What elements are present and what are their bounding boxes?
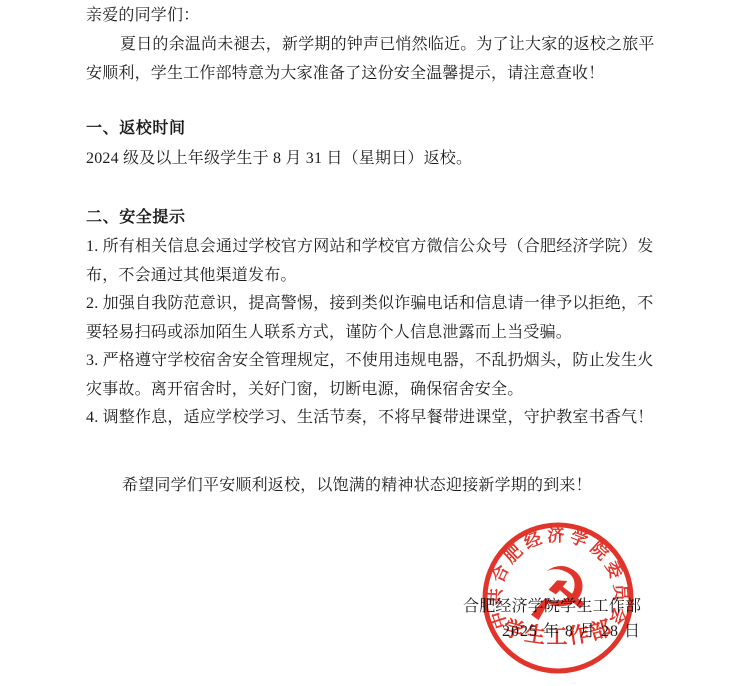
safety-item-2-line-2: 要轻易扫码或添加陌生人联系方式，谨防个人信息泄露而上当受骗。 [86, 323, 572, 343]
official-seal: 中共合肥经济学院委员会 ☭ 学生工作部 [478, 518, 638, 678]
safety-item-4-line-1: 4. 调整作息，适应学校学习、生活节奏，不将早餐带进课堂，守护教室书香气！ [86, 408, 653, 428]
safety-item-3-line-2: 灾事故。离开宿舍时，关好门窗，切断电源，确保宿舍安全。 [86, 380, 523, 400]
section1-body: 2024 级及以上年级学生于 8 月 31 日（星期日）返校。 [86, 149, 472, 169]
safety-item-1-line-1: 1. 所有相关信息会通过学校官方网站和学校官方微信公众号（合肥经济学院）发 [86, 237, 653, 257]
intro-line-2: 安顺利，学生工作部特意为大家准备了这份安全温馨提示，请注意查收！ [86, 64, 604, 84]
intro-line-1: 夏日的余温尚未褪去，新学期的钟声已悄然临近。为了让大家的返校之旅平 [120, 35, 655, 55]
closing-line: 希望同学们平安顺利返校，以饱满的精神状态迎接新学期的到来！ [122, 476, 592, 496]
safety-item-3-line-1: 3. 严格遵守学校宿舍安全管理规定，不使用违规电器，不乱扔烟头，防止发生火 [86, 351, 653, 371]
safety-item-2-line-1: 2. 加强自我防范意识，提高警惕，接到类似诈骗电话和信息请一律予以拒绝，不 [86, 294, 653, 314]
salutation: 亲爱的同学们： [86, 6, 199, 26]
section2-heading: 二、安全提示 [86, 208, 186, 228]
safety-item-1-line-2: 布，不会通过其他渠道发布。 [86, 266, 297, 286]
section1-heading: 一、返校时间 [86, 119, 186, 139]
document-page: 亲爱的同学们： 夏日的余温尚未褪去，新学期的钟声已悄然临近。为了让大家的返校之旅… [0, 0, 747, 686]
